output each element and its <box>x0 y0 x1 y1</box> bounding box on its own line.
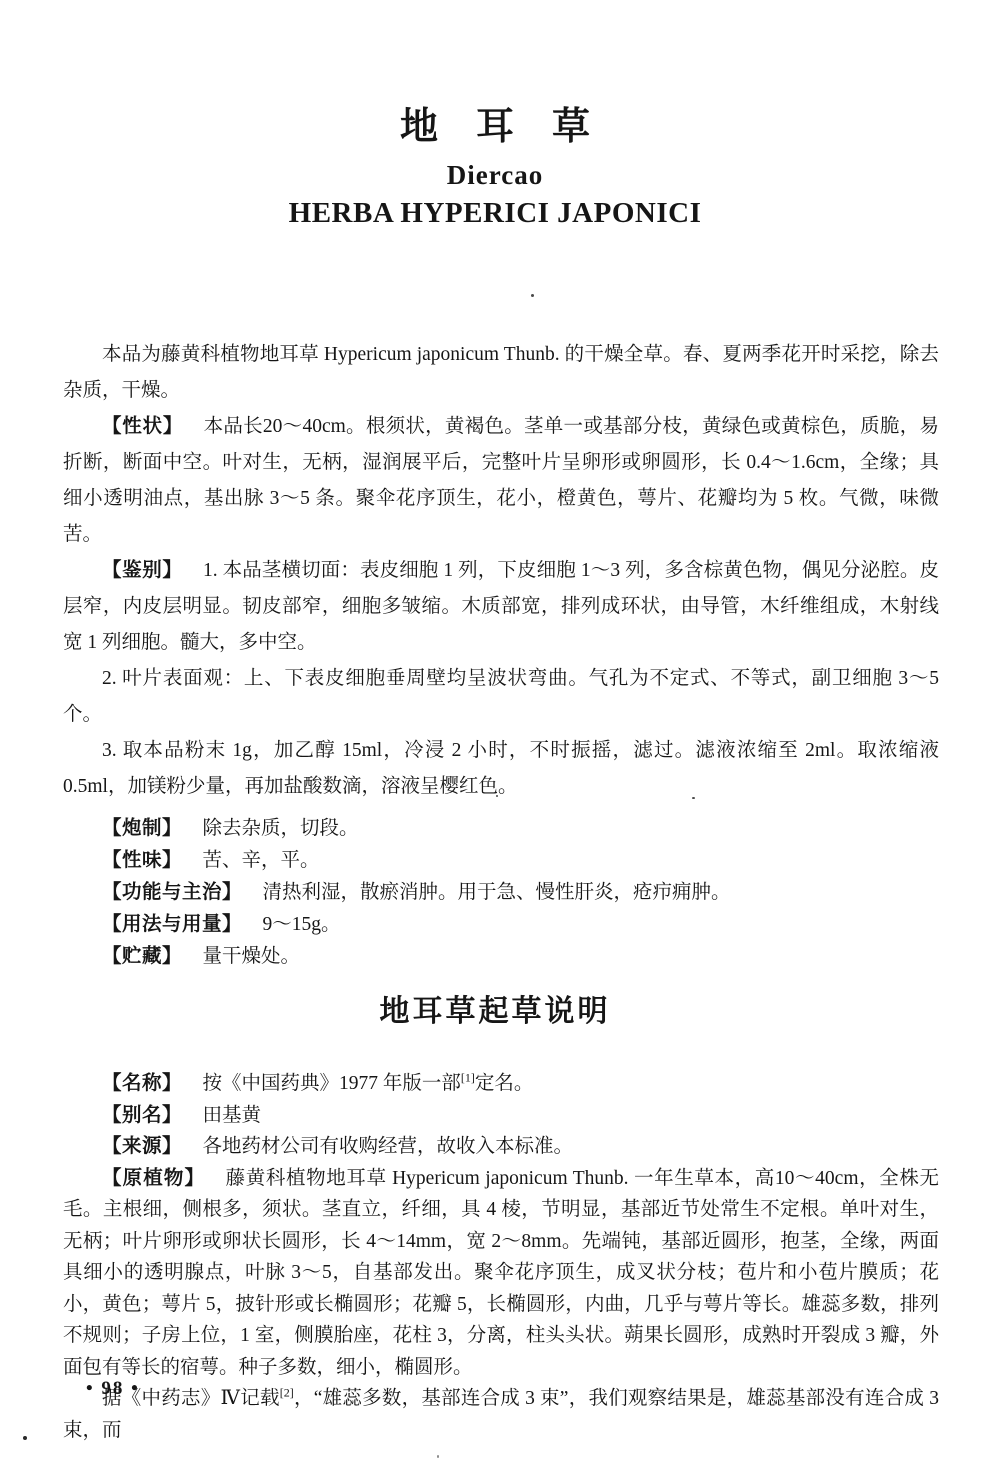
section-text-gongneng: 清热利湿，散瘀消肿。用于急、慢性肝炎，疮疖痈肿。 <box>262 882 730 903</box>
jianbie-item-3: 3. 取本品粉末 1g，加乙醇 15ml，冷浸 2 小时，不时振摇，滤过。滤液浓… <box>63 733 939 805</box>
drug-title-chinese: 地耳草 <box>0 106 990 150</box>
section-text-yuanzhiwu: 藤黄科植物地耳草 Hypericum japonicum Thunb. 一年生草… <box>63 1168 939 1378</box>
section-text-mingcheng-pre: 按《中国药典》1977 年版一部 <box>202 1073 460 1094</box>
section-yongfa: 【用法与用量】9～15g。 <box>63 909 939 941</box>
section-label-yongfa: 【用法与用量】 <box>102 914 242 935</box>
footnote-ref-1: [1] <box>461 1071 475 1085</box>
scan-speck <box>692 797 695 799</box>
section-text-zhucang: 量干燥处。 <box>202 946 300 967</box>
section-text-xingwei: 苦、辛，平。 <box>202 850 319 871</box>
scanned-page: 地耳草 Diercao HERBA HYPERICI JAPONICI 本品为藤… <box>0 0 990 1482</box>
section-mingcheng: 【名称】按《中国药典》1977 年版一部[1]定名。 <box>63 1068 939 1100</box>
scan-speck <box>23 1436 27 1440</box>
section-gongneng: 【功能与主治】清热利湿，散瘀消肿。用于急、慢性肝炎，疮疖痈肿。 <box>63 877 939 909</box>
monograph-entries: 【炮制】除去杂质，切段。 【性味】苦、辛，平。 【功能与主治】清热利湿，散瘀消肿… <box>63 813 939 973</box>
jianbie-item-2: 2. 叶片表面观：上、下表皮细胞垂周壁均呈波状弯曲。气孔为不定式、不等式，副卫细… <box>63 661 939 733</box>
footnote-ref-2: [2] <box>280 1386 294 1400</box>
section-laiyuan: 【来源】各地药材公司有收购经营，故收入本标准。 <box>63 1131 939 1163</box>
title-block: 地耳草 Diercao HERBA HYPERICI JAPONICI <box>0 106 990 230</box>
section-label-zhucang: 【贮藏】 <box>102 946 182 967</box>
drug-title-latin: HERBA HYPERICI JAPONICI <box>0 197 990 230</box>
section-zhucang: 【贮藏】量干燥处。 <box>63 941 939 973</box>
intro-paragraph: 本品为藤黄科植物地耳草 Hypericum japonicum Thunb. 的… <box>63 337 939 409</box>
section-text-laiyuan: 各地药材公司有收购经营，故收入本标准。 <box>202 1136 573 1157</box>
section-yuanzhiwu: 【原植物】藤黄科植物地耳草 Hypericum japonicum Thunb.… <box>63 1163 939 1384</box>
page-number: • 98 • <box>86 1378 140 1400</box>
section-paozhi: 【炮制】除去杂质，切段。 <box>63 813 939 845</box>
section-bieming: 【别名】田基黄 <box>63 1100 939 1132</box>
section-label-laiyuan: 【来源】 <box>102 1136 182 1157</box>
notes-body: 【名称】按《中国药典》1977 年版一部[1]定名。 【别名】田基黄 【来源】各… <box>63 1068 939 1446</box>
section-xingwei: 【性味】苦、辛，平。 <box>63 845 939 877</box>
section-label-mingcheng: 【名称】 <box>102 1073 182 1094</box>
section-label-yuanzhiwu: 【原植物】 <box>102 1168 205 1189</box>
section-text-bieming: 田基黄 <box>202 1105 261 1126</box>
section-text-mingcheng-post: 定名。 <box>475 1073 534 1094</box>
section-text-jianbie: 1. 本品茎横切面：表皮细胞 1 列，下皮细胞 1～3 列，多含棕黄色物，偶见分… <box>63 560 939 653</box>
section-label-jianbie: 【鉴别】 <box>102 560 183 581</box>
observation-paragraph: 据《中药志》Ⅳ记载[2]，“雄蕊多数，基部连合成 3 束”，我们观察结果是，雄蕊… <box>63 1383 939 1446</box>
section-label-bieming: 【别名】 <box>102 1105 182 1126</box>
scan-speck <box>531 294 534 297</box>
section-text-xingzhuang: 本品长20～40cm。根须状，黄褐色。茎单一或基部分枝，黄绿色或黄棕色，质脆，易… <box>63 416 939 545</box>
section-label-gongneng: 【功能与主治】 <box>102 882 242 903</box>
drug-title-pinyin: Diercao <box>0 160 990 191</box>
section-xingzhuang: 【性状】本品长20～40cm。根须状，黄褐色。茎单一或基部分枝，黄绿色或黄棕色，… <box>63 409 939 553</box>
scan-speck <box>437 1455 439 1458</box>
section-label-xingwei: 【性味】 <box>102 850 182 871</box>
monograph-body: 本品为藤黄科植物地耳草 Hypericum japonicum Thunb. 的… <box>63 337 939 973</box>
section-text-yongfa: 9～15g。 <box>262 914 340 935</box>
notes-section-title: 地耳草起草说明 <box>0 986 990 1030</box>
scan-speck <box>496 795 498 797</box>
section-label-xingzhuang: 【性状】 <box>102 416 183 437</box>
section-jianbie: 【鉴别】1. 本品茎横切面：表皮细胞 1 列，下皮细胞 1～3 列，多含棕黄色物… <box>63 553 939 661</box>
section-label-paozhi: 【炮制】 <box>102 818 182 839</box>
section-text-paozhi: 除去杂质，切段。 <box>202 818 358 839</box>
